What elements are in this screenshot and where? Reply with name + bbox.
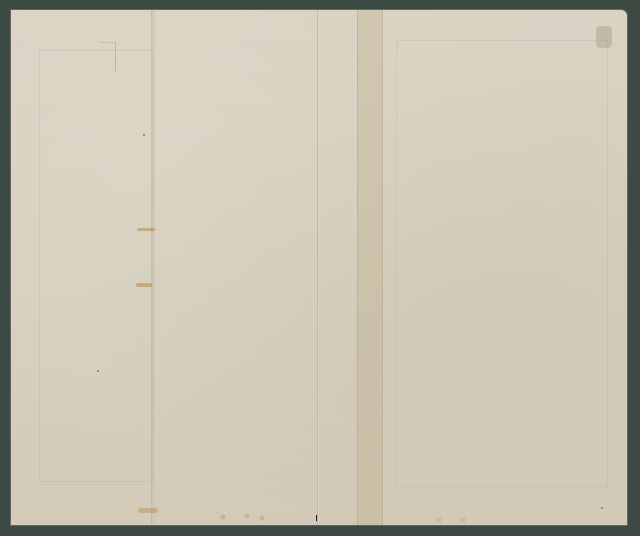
ink-dot — [601, 507, 603, 509]
center-fold-crease — [317, 10, 319, 525]
ink-dot — [143, 134, 145, 136]
ink-dot — [97, 370, 99, 372]
bottom-notch — [316, 515, 317, 521]
tape-strip — [357, 10, 383, 525]
paper-sheet — [11, 10, 627, 525]
corner-smudge — [596, 26, 612, 48]
photo-scene — [0, 0, 640, 536]
foxing-specks — [211, 512, 271, 522]
tab-impression — [99, 42, 116, 73]
stain-mark — [138, 508, 158, 513]
stain-mark — [137, 228, 155, 231]
stain-mark — [136, 283, 152, 287]
faint-border-right — [396, 40, 608, 487]
foxing-specks — [421, 515, 481, 525]
faint-border-left — [39, 50, 153, 482]
